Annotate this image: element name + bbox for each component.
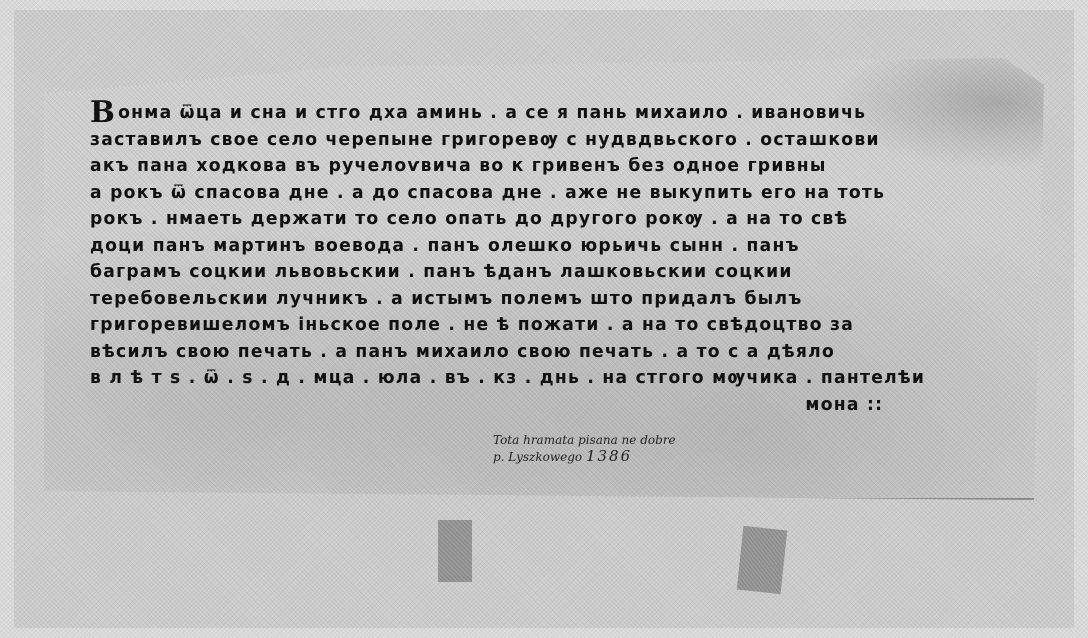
text-line-6: доци панъ мартинъ воевода . панъ олешко … [90,233,1031,260]
text-line-7: баграмъ соцкии львовьскии . панъ ѣданъ л… [90,259,1031,286]
text-line-1: Вонма ѿца и сна и стго дха аминь . а се … [90,100,1031,127]
text-line-11: в л ѣ т ѕ . ѿ . ѕ . д . мца . юла . въ .… [90,365,1031,392]
text-line-9: григоревишеломъ іньское поле . не ѣ пожа… [90,312,1031,339]
annotation-year: 1386 [586,447,632,465]
handwritten-annotation: Tota hramata pisana ne dobre p. Lyszkowe… [493,432,676,465]
text-line-10: вѣсилъ свою печать . а панъ михаило свою… [90,339,1031,366]
text-line-8: теребовельскии лучникъ . а истымъ полемъ… [90,286,1031,313]
seal-tag-right [737,526,787,594]
text-line-12: мона :: [90,392,1031,419]
text-line-5: рокъ . нмаеть держати то село опать до д… [90,206,1031,233]
text-line-4: а рокъ ѿ спасова дне . а до спасова дне … [90,180,1031,207]
text-line-2: заставилъ свое село черепыне григоревѹ с… [90,127,1031,154]
text-line-3: акъ пана ходкова въ ручелоѵвича во к гри… [90,153,1031,180]
annotation-line-1: Tota hramata pisana ne dobre [493,432,676,448]
charter-text: Вонма ѿца и сна и стго дха аминь . а се … [90,100,1050,418]
annotation-line-2: p. Lyszkowego [493,450,582,464]
decorated-initial: В [90,95,116,130]
seal-tag-left [438,520,472,582]
